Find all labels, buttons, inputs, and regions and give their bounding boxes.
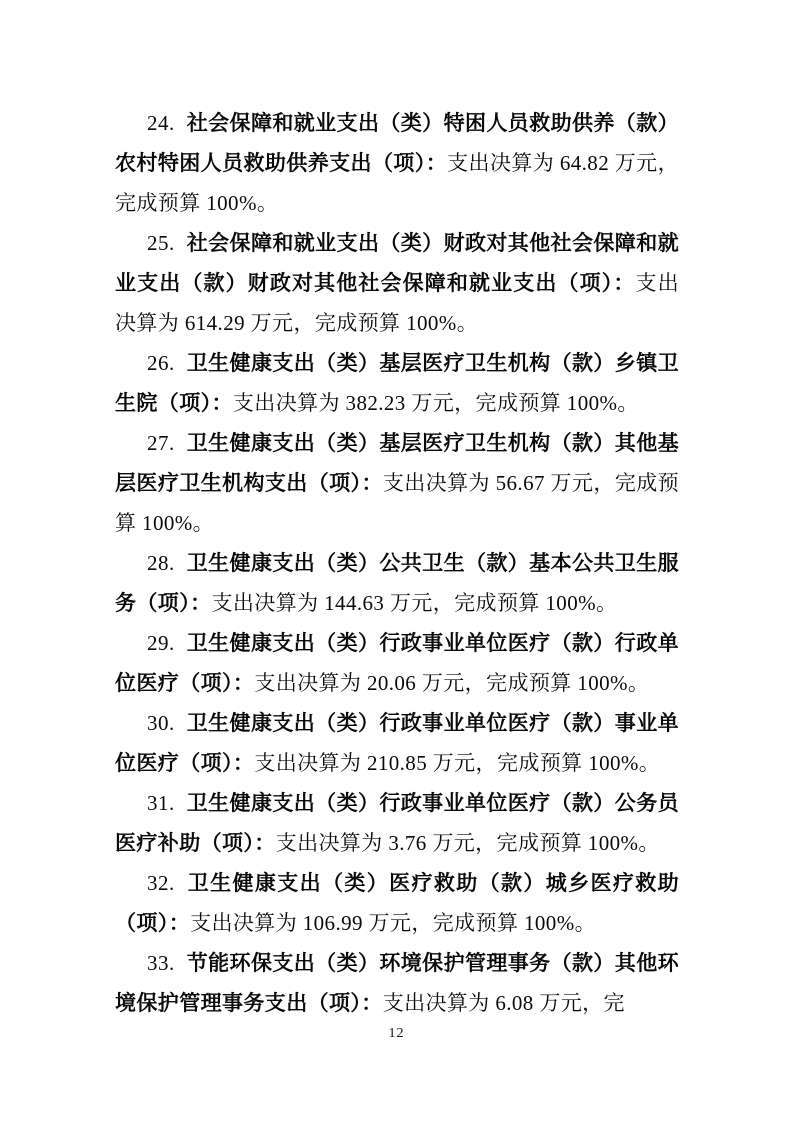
budget-item-32: 32.卫生健康支出（类）医疗救助（款）城乡医疗救助（项）：支出决算为 106.9… <box>115 863 679 943</box>
item-number: 27. <box>147 431 175 455</box>
item-body: 支出决算为 106.99 万元，完成预算 100%。 <box>190 911 596 935</box>
item-number: 31. <box>147 791 175 815</box>
item-number: 24. <box>147 111 175 135</box>
item-body: 支出决算为 210.85 万元，完成预算 100%。 <box>254 751 660 775</box>
item-number: 32. <box>147 871 175 895</box>
item-number: 29. <box>147 631 175 655</box>
budget-item-31: 31.卫生健康支出（类）行政事业单位医疗（款）公务员医疗补助（项）：支出决算为 … <box>115 783 679 863</box>
budget-item-30: 30.卫生健康支出（类）行政事业单位医疗（款）事业单位医疗（项）：支出决算为 2… <box>115 703 679 783</box>
item-number: 33. <box>147 951 175 975</box>
document-body: 24.社会保障和就业支出（类）特困人员救助供养（款）农村特困人员救助供养支出（项… <box>115 103 679 1023</box>
page-number: 12 <box>0 1026 793 1042</box>
item-body: 支出决算为 6.08 万元，完 <box>383 991 625 1015</box>
budget-item-33: 33.节能环保支出（类）环境保护管理事务（款）其他环境保护管理事务支出（项）：支… <box>115 943 679 1023</box>
item-number: 30. <box>147 711 175 735</box>
budget-item-26: 26.卫生健康支出（类）基层医疗卫生机构（款）乡镇卫生院（项）：支出决算为 38… <box>115 343 679 423</box>
item-body: 支出决算为 20.06 万元，完成预算 100%。 <box>254 671 649 695</box>
item-title: 社会保障和就业支出（类）财政对其他社会保障和就业支出（款）财政对其他社会保障和就… <box>115 231 679 295</box>
item-body: 支出决算为 382.23 万元，完成预算 100%。 <box>233 391 639 415</box>
document-page: 24.社会保障和就业支出（类）特困人员救助供养（款）农村特困人员救助供养支出（项… <box>0 0 793 1122</box>
item-number: 25. <box>147 231 175 255</box>
budget-item-24: 24.社会保障和就业支出（类）特困人员救助供养（款）农村特困人员救助供养支出（项… <box>115 103 679 223</box>
item-number: 28. <box>147 551 175 575</box>
item-number: 26. <box>147 351 175 375</box>
budget-item-25: 25.社会保障和就业支出（类）财政对其他社会保障和就业支出（款）财政对其他社会保… <box>115 223 679 343</box>
budget-item-28: 28.卫生健康支出（类）公共卫生（款）基本公共卫生服务（项）：支出决算为 144… <box>115 543 679 623</box>
budget-item-27: 27.卫生健康支出（类）基层医疗卫生机构（款）其他基层医疗卫生机构支出（项）：支… <box>115 423 679 543</box>
budget-item-29: 29.卫生健康支出（类）行政事业单位医疗（款）行政单位医疗（项）：支出决算为 2… <box>115 623 679 703</box>
item-body: 支出决算为 3.76 万元，完成预算 100%。 <box>276 831 660 855</box>
item-body: 支出决算为 144.63 万元，完成预算 100%。 <box>212 591 618 615</box>
